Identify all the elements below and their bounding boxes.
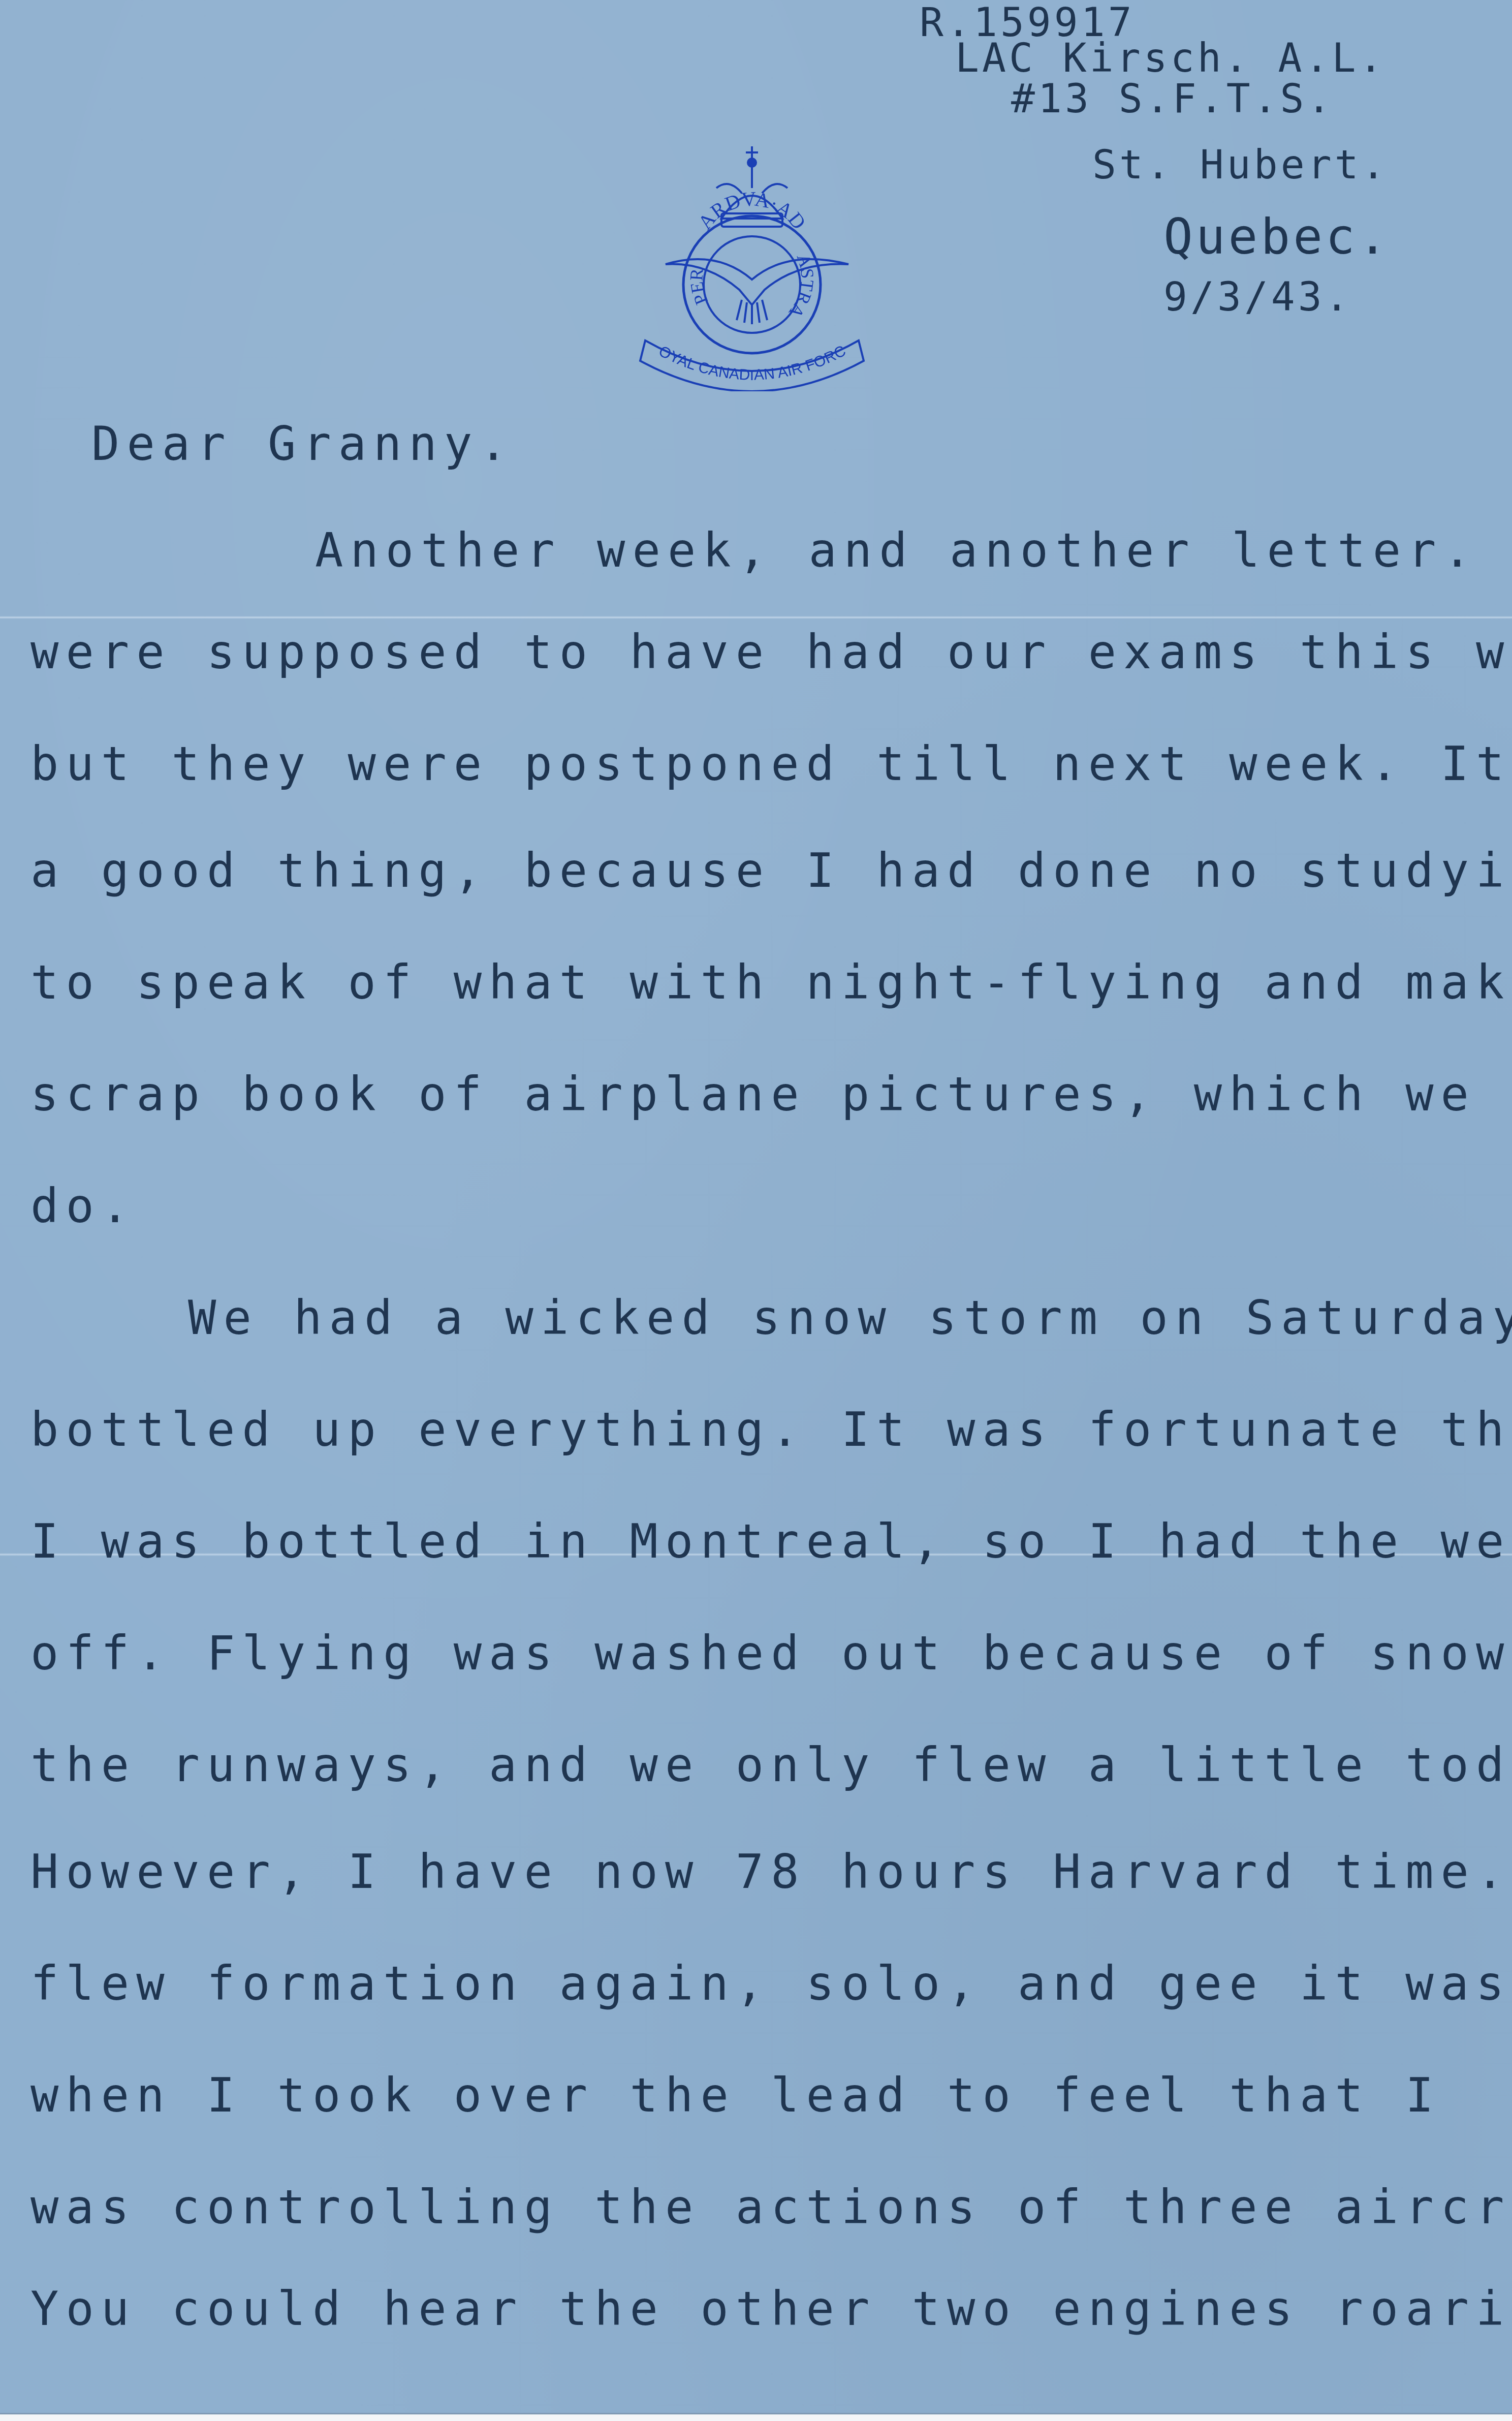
letter-line: flew formation again, solo, and gee it w… [30, 1957, 1512, 2011]
letter-line: scrap book of airplane pictures, which w… [30, 1067, 1512, 1122]
letter-line: was controlling the actions of three air… [30, 2180, 1512, 2234]
letter-line: to speak of what with night-flying and m… [30, 955, 1512, 1010]
letter-line: I was bottled in Montreal, so I had the … [30, 1514, 1512, 1569]
sender-name: LAC Kirsch. A.L. [955, 36, 1385, 81]
letter-line: the runways, and we only flew a little t… [30, 1738, 1512, 1792]
letter-line: were supposed to have had our exams this… [30, 625, 1512, 679]
letter-line: bottled up everything. It was fortunate … [30, 1403, 1512, 1457]
letter-line: when I took over the lead to feel that I [30, 2068, 1441, 2123]
letter-line: However, I have now 78 hours Harvard tim… [30, 1845, 1512, 1899]
letter-line: a good thing, because I had done no stud… [30, 844, 1512, 898]
svg-text:PER: PER [686, 268, 712, 307]
sender-province: Quebec. [1163, 208, 1391, 265]
sender-location: St. Hubert. [1092, 142, 1389, 188]
letter-line: We had a wicked snow storm on Saturday, … [188, 1291, 1512, 1345]
letter-line: You could hear the other two engines roa… [30, 2282, 1512, 2336]
letter-paper: R.159917 LAC Kirsch. A.L. #13 S.F.T.S. S… [0, 0, 1512, 2414]
letter-date: 9/3/43. [1163, 274, 1352, 320]
letter-line: but they were postponed till next week. … [30, 737, 1512, 791]
sender-unit: #13 S.F.T.S. [1011, 76, 1334, 122]
rcaf-crest-icon: ARDVA·AD PER ASTRA ROYAL CANADIAN AIR FO… [625, 137, 879, 391]
letter-line: off. Flying was washed out because of sn… [30, 1626, 1512, 1681]
letter-line: do. [30, 1179, 136, 1233]
letter-line: Another week, and another letter. We [315, 523, 1512, 578]
fold-crease [0, 616, 1512, 619]
salutation: Dear Granny. [91, 417, 515, 471]
